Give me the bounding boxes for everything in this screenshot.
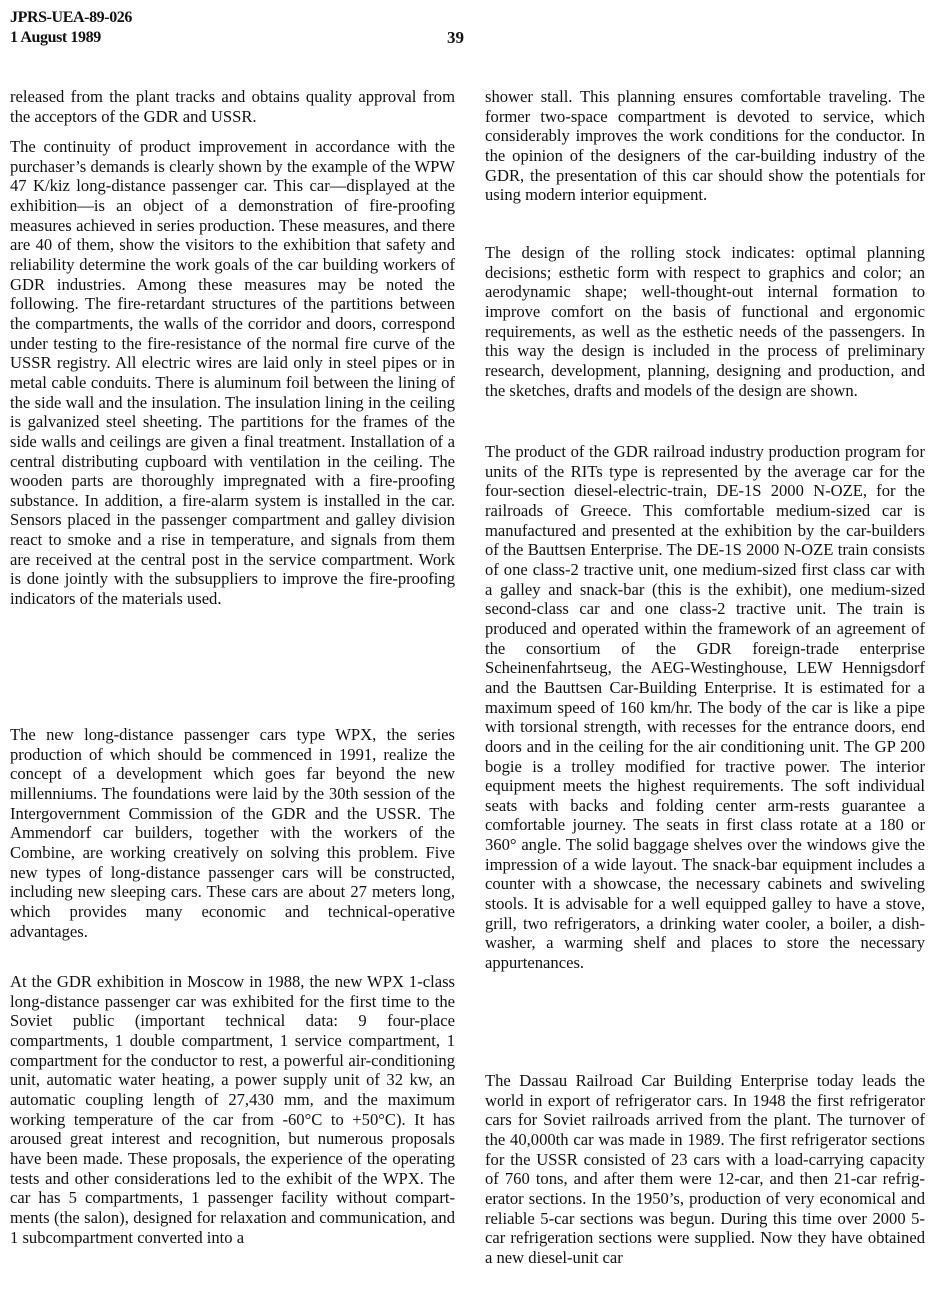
paragraph: The design of the rolling stock indicate…	[485, 243, 925, 400]
paragraph: The new long-distance passenger cars typ…	[10, 725, 455, 941]
paragraph: At the GDR exhibition in Moscow in 1988,…	[10, 972, 455, 1247]
page-number: 39	[447, 28, 464, 48]
page-header: JPRS-UEA-89-026 1 August 1989	[10, 8, 132, 48]
paragraph: shower stall. This planning ensures comf…	[485, 87, 925, 205]
paragraph: released from the plant tracks and obtai…	[10, 87, 455, 126]
paragraph: The product of the GDR railroad industry…	[485, 442, 925, 973]
document-id: JPRS-UEA-89-026	[10, 8, 132, 28]
paragraph: The Dassau Railroad Car Building Enterpr…	[485, 1071, 925, 1268]
publication-date: 1 August 1989	[10, 28, 132, 48]
paragraph: The continuity of product improvement in…	[10, 137, 455, 609]
